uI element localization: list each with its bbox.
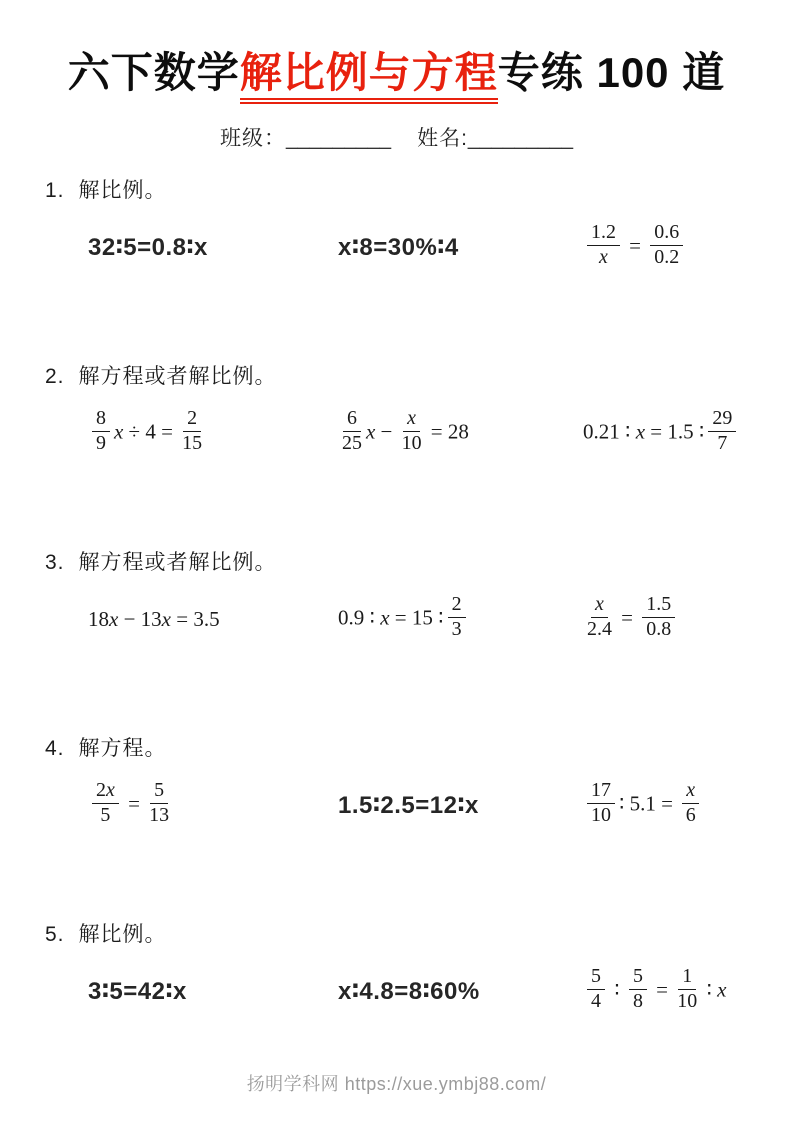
problem-row: 2x5 = 5131.5∶2.5=12∶x1710∶ 5.1 = x6: [0, 776, 793, 834]
fraction: 1.2x: [587, 222, 620, 269]
fraction-denominator: x: [599, 246, 608, 269]
problem-equation: 54 ∶ 58 = 110 ∶ x: [583, 968, 767, 1015]
fraction-denominator: 0.8: [646, 618, 671, 641]
fraction: 2x5: [92, 780, 119, 827]
fraction: x2.4: [587, 594, 612, 641]
equation-text: =: [123, 791, 145, 815]
fraction: 1.50.8: [642, 594, 675, 641]
equation-text: = 28: [426, 419, 469, 443]
fraction-numerator: 5: [587, 966, 605, 990]
page-title: 六下数学解比例与方程专练 100 道: [0, 0, 793, 96]
problem-equation: 0.21 ∶ x = 1.5 ∶297: [583, 410, 767, 457]
problem-equation: 625x − x10 = 28: [338, 410, 583, 457]
fraction-denominator: 10: [402, 432, 422, 455]
fraction-denominator: 10: [677, 990, 697, 1013]
section-instruction: 解方程或者解比例。: [79, 365, 277, 388]
problem-equation: 1.2x = 0.60.2: [583, 224, 767, 271]
student-info-line: 班级：_________姓名:_________: [0, 122, 793, 152]
fraction-denominator: 7: [717, 432, 727, 455]
problem-equation: 89x ÷ 4 = 215: [88, 410, 338, 457]
fraction-numerator: 1: [678, 966, 696, 990]
problem-row: 18x − 13x = 3.50.9 ∶ x = 15 ∶23x2.4 = 1.…: [0, 590, 793, 648]
equation-text: =: [651, 977, 673, 1001]
fraction-denominator: 10: [591, 804, 611, 827]
section-number: 3.: [45, 551, 65, 574]
class-blank: _________: [286, 127, 391, 150]
class-label: 班级：: [220, 127, 286, 150]
fraction: 110: [677, 966, 697, 1013]
problem-section-4: 4.解方程。2x5 = 5131.5∶2.5=12∶x1710∶ 5.1 = x…: [0, 732, 793, 918]
fraction-numerator: 8: [92, 408, 110, 432]
fraction-denominator: 8: [633, 990, 643, 1013]
problem-equation: 32∶5=0.8∶x: [88, 233, 338, 262]
problem-equation: 18x − 13x = 3.5: [88, 607, 338, 632]
fraction-numerator: x: [682, 780, 699, 804]
section-heading: 5.解比例。: [0, 918, 793, 948]
section-instruction: 解比例。: [79, 179, 167, 202]
problem-row: 32∶5=0.8∶xx∶8=30%∶41.2x = 0.60.2: [0, 218, 793, 276]
fraction: 58: [629, 966, 647, 1013]
equation-text: =: [616, 605, 638, 629]
problem-section-1: 1.解比例。32∶5=0.8∶xx∶8=30%∶41.2x = 0.60.2: [0, 174, 793, 360]
section-number: 2.: [45, 365, 65, 388]
problem-equation: 1.5∶2.5=12∶x: [338, 791, 583, 820]
fraction-denominator: 0.2: [654, 246, 679, 269]
section-number: 4.: [45, 737, 65, 760]
fraction: 0.60.2: [650, 222, 683, 269]
footer-url: https://xue.ymbj88.com/: [345, 1074, 547, 1094]
title-suffix: 专练 100 道: [498, 49, 725, 96]
footer-site-name: 扬明学科网: [247, 1074, 340, 1094]
fraction-numerator: x: [591, 594, 608, 618]
problem-section-2: 2.解方程或者解比例。89x ÷ 4 = 215625x − x10 = 280…: [0, 360, 793, 546]
name-label: 姓名:: [417, 127, 468, 150]
equation-text: x∶4.8=8∶60%: [338, 978, 480, 1005]
fraction-denominator: 2.4: [587, 618, 612, 641]
section-heading: 2.解方程或者解比例。: [0, 360, 793, 390]
equation-text: 1.5∶2.5=12∶x: [338, 792, 479, 819]
fraction: 513: [149, 780, 169, 827]
fraction-denominator: 4: [591, 990, 601, 1013]
equation-text: =: [624, 233, 646, 257]
fraction-denominator: 3: [452, 618, 462, 641]
fraction-numerator: x: [403, 408, 420, 432]
fraction-numerator: 5: [150, 780, 168, 804]
equation-text: x −: [366, 419, 398, 443]
fraction-numerator: 1.5: [642, 594, 675, 618]
fraction: 54: [587, 966, 605, 1013]
fraction: x10: [402, 408, 422, 455]
fraction: x6: [682, 780, 699, 827]
problem-equation: x∶4.8=8∶60%: [338, 977, 583, 1006]
fraction: 215: [182, 408, 202, 455]
equation-text: x ÷ 4 =: [114, 419, 178, 443]
fraction: 625: [342, 408, 362, 455]
problem-equation: 0.9 ∶ x = 15 ∶23: [338, 596, 583, 643]
section-number: 1.: [45, 179, 65, 202]
title-highlight: 解比例与方程: [240, 49, 498, 104]
sections: 1.解比例。32∶5=0.8∶xx∶8=30%∶41.2x = 0.60.22.…: [0, 174, 793, 1020]
fraction-numerator: 17: [587, 780, 615, 804]
problem-section-3: 3.解方程或者解比例。18x − 13x = 3.50.9 ∶ x = 15 ∶…: [0, 546, 793, 732]
equation-text: 32∶5=0.8∶x: [88, 234, 208, 261]
name-blank: _________: [468, 127, 573, 150]
section-instruction: 解比例。: [79, 923, 167, 946]
problem-equation: 2x5 = 513: [88, 782, 338, 829]
fraction-denominator: 13: [149, 804, 169, 827]
section-heading: 3.解方程或者解比例。: [0, 546, 793, 576]
problem-section-5: 5.解比例。3∶5=42∶xx∶4.8=8∶60%54 ∶ 58 = 110 ∶…: [0, 918, 793, 1020]
fraction: 89: [92, 408, 110, 455]
problem-row: 89x ÷ 4 = 215625x − x10 = 280.21 ∶ x = 1…: [0, 404, 793, 462]
fraction-numerator: 2x: [92, 780, 119, 804]
fraction-denominator: 9: [96, 432, 106, 455]
fraction-numerator: 6: [343, 408, 361, 432]
section-number: 5.: [45, 923, 65, 946]
fraction-numerator: 5: [629, 966, 647, 990]
fraction: 1710: [587, 780, 615, 827]
problem-equation: x2.4 = 1.50.8: [583, 596, 767, 643]
section-instruction: 解方程。: [79, 737, 167, 760]
fraction-numerator: 2: [448, 594, 466, 618]
section-heading: 4.解方程。: [0, 732, 793, 762]
equation-text: 0.21 ∶ x = 1.5 ∶: [583, 419, 704, 443]
fraction-numerator: 0.6: [650, 222, 683, 246]
fraction: 23: [448, 594, 466, 641]
problem-equation: x∶8=30%∶4: [338, 233, 583, 262]
title-prefix: 六下数学: [68, 49, 240, 96]
worksheet-page: 六下数学解比例与方程专练 100 道 班级：_________姓名:______…: [0, 0, 793, 1122]
equation-text: x∶8=30%∶4: [338, 234, 459, 261]
fraction-denominator: 15: [182, 432, 202, 455]
equation-text: ∶ 5.1 =: [619, 791, 678, 815]
problem-row: 3∶5=42∶xx∶4.8=8∶60%54 ∶ 58 = 110 ∶ x: [0, 962, 793, 1020]
section-heading: 1.解比例。: [0, 174, 793, 204]
equation-text: ∶: [609, 977, 625, 1001]
fraction-denominator: 5: [100, 804, 110, 827]
fraction-numerator: 1.2: [587, 222, 620, 246]
equation-text: 3∶5=42∶x: [88, 978, 187, 1005]
equation-text: 18x − 13x = 3.5: [88, 607, 220, 631]
fraction-numerator: 29: [708, 408, 736, 432]
fraction: 297: [708, 408, 736, 455]
footer: 扬明学科网 https://xue.ymbj88.com/: [0, 1070, 793, 1096]
fraction-denominator: 6: [686, 804, 696, 827]
fraction-denominator: 25: [342, 432, 362, 455]
fraction-numerator: 2: [183, 408, 201, 432]
problem-equation: 3∶5=42∶x: [88, 977, 338, 1006]
section-instruction: 解方程或者解比例。: [79, 551, 277, 574]
problem-equation: 1710∶ 5.1 = x6: [583, 782, 767, 829]
equation-text: 0.9 ∶ x = 15 ∶: [338, 605, 444, 629]
equation-text: ∶ x: [701, 977, 726, 1001]
